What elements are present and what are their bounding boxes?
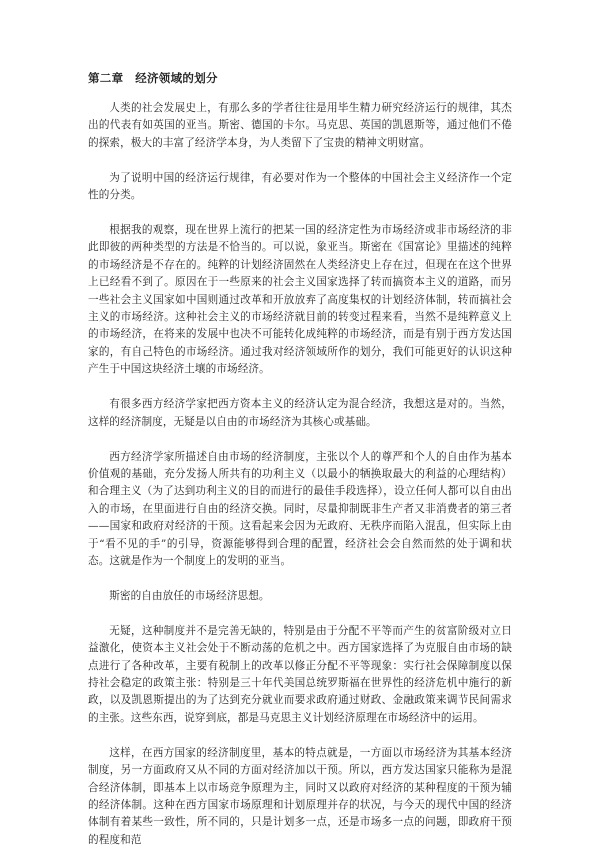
paragraph-7: 无疑，这种制度并不是完善无缺的，特别是由于分配不平等而产生的贫富阶级对立日益激化… [88,623,512,727]
text-block: 第二章 经济领域的划分 人类的社会发展史上，有那么多的学者往往是用毕生精力研究经… [88,70,512,849]
paragraph-6: 斯密的自由放任的市场经济思想。 [88,588,512,605]
document-page: 第二章 经济领域的划分 人类的社会发展史上，有那么多的学者往往是用毕生精力研究经… [0,0,600,850]
paragraph-8: 这样，在西方国家的经济制度里，基本的特点就是，一方面以市场经济为其基本经济制度，… [88,745,512,849]
paragraph-1: 人类的社会发展史上，有那么多的学者往往是用毕生精力研究经济运行的规律，其杰出的代… [88,100,512,152]
paragraph-3: 根据我的观察，现在世界上流行的把某一国的经济定性为市场经济或非市场经济的非此即彼… [88,222,512,379]
paragraph-2: 为了说明中国的经济运行规律，有必要对作为一个整体的中国社会主义经济作一个定性的分… [88,170,512,205]
paragraph-5: 西方经济学家所描述自由市场的经济制度，主张以个人的尊严和个人的自由作为基本价值观… [88,449,512,571]
chapter-title: 第二章 经济领域的划分 [88,70,512,87]
paragraph-4: 有很多西方经济学家把西方资本主义的经济认定为混合经济，我想这是对的。当然，这样的… [88,396,512,431]
